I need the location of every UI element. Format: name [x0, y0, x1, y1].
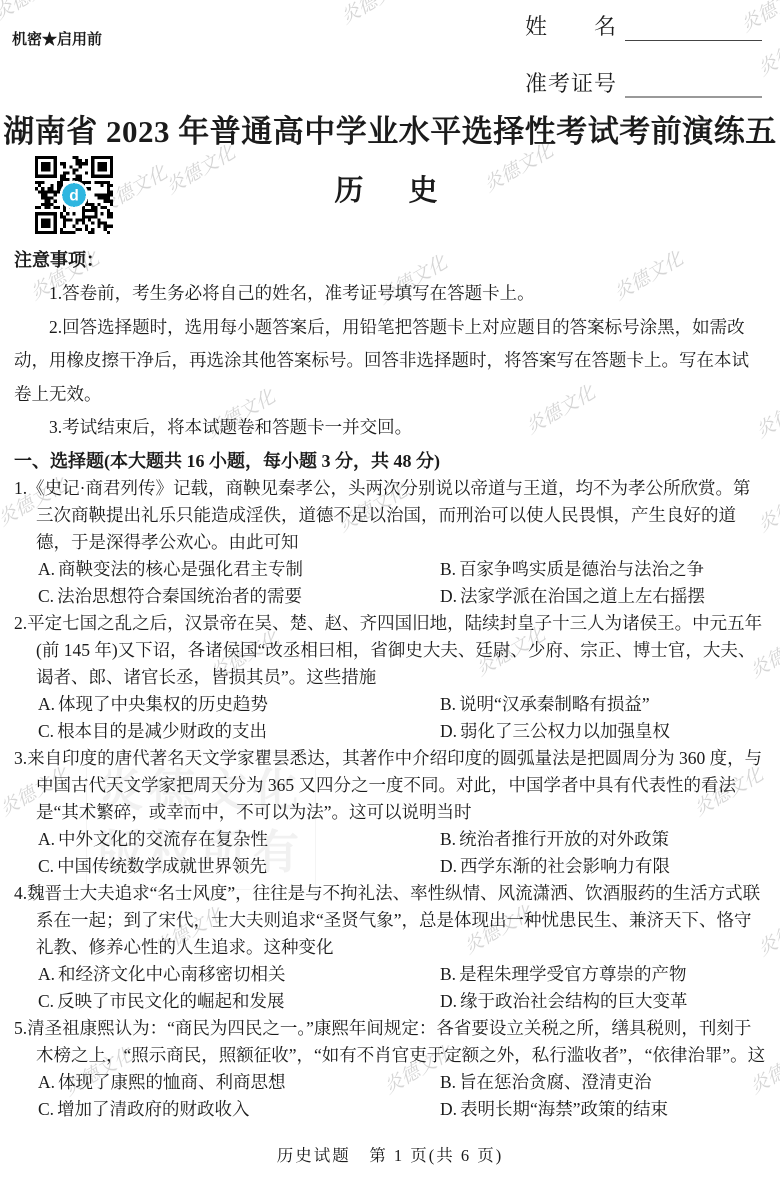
question-2: 2.平定七国之乱之后，汉景帝在吴、楚、赵、齐四国旧地，陆续封皇子十三人为诸侯王。…: [14, 610, 766, 745]
question-text: 平定七国之乱之后，汉景帝在吴、楚、赵、齐四国旧地，陆续封皇子十三人为诸侯王。中元…: [27, 613, 762, 687]
exam-no-label: 准考证号: [525, 67, 617, 98]
option-b: B.旨在惩治贪腐、澄清吏治: [440, 1069, 766, 1096]
option-a: A.和经济文化中心南移密切相关: [38, 961, 440, 988]
option-c: C.根本目的是减少财政的支出: [38, 718, 440, 745]
notice-heading: 注意事项：: [14, 244, 766, 277]
question-number: 2.: [14, 613, 27, 633]
svg-text:d: d: [69, 187, 79, 204]
option-d: D.法家学派在治国之道上左右摇摆: [440, 583, 766, 610]
option-b: B.统治者推行开放的对外政策: [440, 826, 766, 853]
notice-item-1: 1.答卷前，考生务必将自己的姓名，准考证号填写在答题卡上。: [14, 277, 766, 311]
paper-body: 注意事项： 1.答卷前，考生务必将自己的姓名，准考证号填写在答题卡上。 2.回答…: [14, 244, 766, 1123]
question-text: 清圣祖康熙认为：“商民为四民之一。”康熙年间规定：各省要设立关税之所，缮具税则，…: [27, 1018, 765, 1065]
name-field-row: 姓 名: [525, 10, 762, 41]
option-d: D.表明长期“海禁”政策的结束: [440, 1096, 766, 1123]
name-blank-line: [625, 14, 762, 41]
notice-item-2: 2.回答选择题时，选用每小题答案后，用铅笔把答题卡上对应题目的答案标号涂黑，如需…: [14, 311, 766, 412]
question-stem: 5.清圣祖康熙认为：“商民为四民之一。”康熙年间规定：各省要设立关税之所，缮具税…: [14, 1015, 766, 1069]
question-text: 《史记·商君列传》记载，商鞅见秦孝公，头两次分别说以帝道与王道，均不为孝公所欣赏…: [27, 478, 750, 552]
section-heading-title: 一、选择题: [14, 451, 104, 471]
question-4: 4.魏晋士大夫追求“名士风度”，往往是与不拘礼法、率性纵情、风流潇洒、饮酒服药的…: [14, 880, 766, 1015]
question-number: 5.: [14, 1018, 27, 1038]
option-c: C.反映了市民文化的崛起和发展: [38, 988, 440, 1015]
question-text: 来自印度的唐代著名天文学家瞿昙悉达，其著作中介绍印度的圆弧量法是把圆周分为 36…: [27, 748, 762, 822]
notice-item-3: 3.考试结束后，将本试题卷和答题卡一并交回。: [14, 411, 766, 445]
subject-title: 历 史: [0, 168, 780, 209]
confidential-label: 机密★启用前: [12, 28, 102, 49]
option-b: B.百家争鸣实质是德治与法治之争: [440, 556, 766, 583]
option-d: D.西学东渐的社会影响力有限: [440, 853, 766, 880]
name-label: 姓 名: [525, 10, 617, 41]
question-stem: 3.来自印度的唐代著名天文学家瞿昙悉达，其著作中介绍印度的圆弧量法是把圆周分为 …: [14, 745, 766, 826]
question-options: A.体现了中央集权的历史趋势 B.说明“汉承秦制略有损益” C.根本目的是减少财…: [14, 691, 766, 745]
question-options: A.商鞅变法的核心是强化君主专制 B.百家争鸣实质是德治与法治之争 C.法治思想…: [14, 556, 766, 610]
candidate-fields: 姓 名 准考证号: [525, 10, 762, 124]
option-b: B.说明“汉承秦制略有损益”: [440, 691, 766, 718]
brand-watermark-text: 炎德文化: [0, 0, 67, 25]
section-heading-detail: (本大题共 16 小题，每小题 3 分，共 48 分): [104, 451, 440, 471]
option-c: C.中国传统数学成就世界领先: [38, 853, 440, 880]
question-number: 1.: [14, 478, 27, 498]
section-heading: 一、选择题(本大题共 16 小题，每小题 3 分，共 48 分): [14, 447, 766, 475]
brand-watermark-text: 炎德文化: [335, 0, 414, 29]
option-a: A.商鞅变法的核心是强化君主专制: [38, 556, 440, 583]
option-d: D.缘于政治社会结构的巨大变革: [440, 988, 766, 1015]
option-a: A.体现了康熙的恤商、利商思想: [38, 1069, 440, 1096]
question-5: 5.清圣祖康熙认为：“商民为四民之一。”康熙年间规定：各省要设立关税之所，缮具税…: [14, 1015, 766, 1123]
exam-no-blank-line: [625, 70, 762, 98]
exam-paper-page: 炎德文化炎德文化炎德文化炎德文化炎德文化炎德文化炎德文化炎德文化炎德文化炎德文化…: [0, 0, 780, 1182]
question-options: A.体现了康熙的恤商、利商思想 B.旨在惩治贪腐、澄清吏治 C.增加了清政府的财…: [14, 1069, 766, 1123]
exam-no-field-row: 准考证号: [525, 67, 762, 98]
option-d: D.弱化了三公权力以加强皇权: [440, 718, 766, 745]
option-b: B.是程朱理学受官方尊崇的产物: [440, 961, 766, 988]
qr-code-icon: d: [35, 156, 113, 234]
question-3: 3.来自印度的唐代著名天文学家瞿昙悉达，其著作中介绍印度的圆弧量法是把圆周分为 …: [14, 745, 766, 880]
option-a: A.中外文化的交流存在复杂性: [38, 826, 440, 853]
option-c: C.增加了清政府的财政收入: [38, 1096, 440, 1123]
option-c: C.法治思想符合秦国统治者的需要: [38, 583, 440, 610]
question-1: 1.《史记·商君列传》记载，商鞅见秦孝公，头两次分别说以帝道与王道，均不为孝公所…: [14, 475, 766, 610]
question-stem: 1.《史记·商君列传》记载，商鞅见秦孝公，头两次分别说以帝道与王道，均不为孝公所…: [14, 475, 766, 556]
question-stem: 4.魏晋士大夫追求“名士风度”，往往是与不拘礼法、率性纵情、风流潇洒、饮酒服药的…: [14, 880, 766, 961]
question-options: A.中外文化的交流存在复杂性 B.统治者推行开放的对外政策 C.中国传统数学成就…: [14, 826, 766, 880]
question-number: 4.: [14, 883, 27, 903]
question-stem: 2.平定七国之乱之后，汉景帝在吴、楚、赵、齐四国旧地，陆续封皇子十三人为诸侯王。…: [14, 610, 766, 691]
option-a: A.体现了中央集权的历史趋势: [38, 691, 440, 718]
question-options: A.和经济文化中心南移密切相关 B.是程朱理学受官方尊崇的产物 C.反映了市民文…: [14, 961, 766, 1015]
question-text: 魏晋士大夫追求“名士风度”，往往是与不拘礼法、率性纵情、风流潇洒、饮酒服药的生活…: [27, 883, 760, 957]
question-number: 3.: [14, 748, 27, 768]
page-footer: 历史试题 第 1 页(共 6 页): [0, 1142, 780, 1166]
